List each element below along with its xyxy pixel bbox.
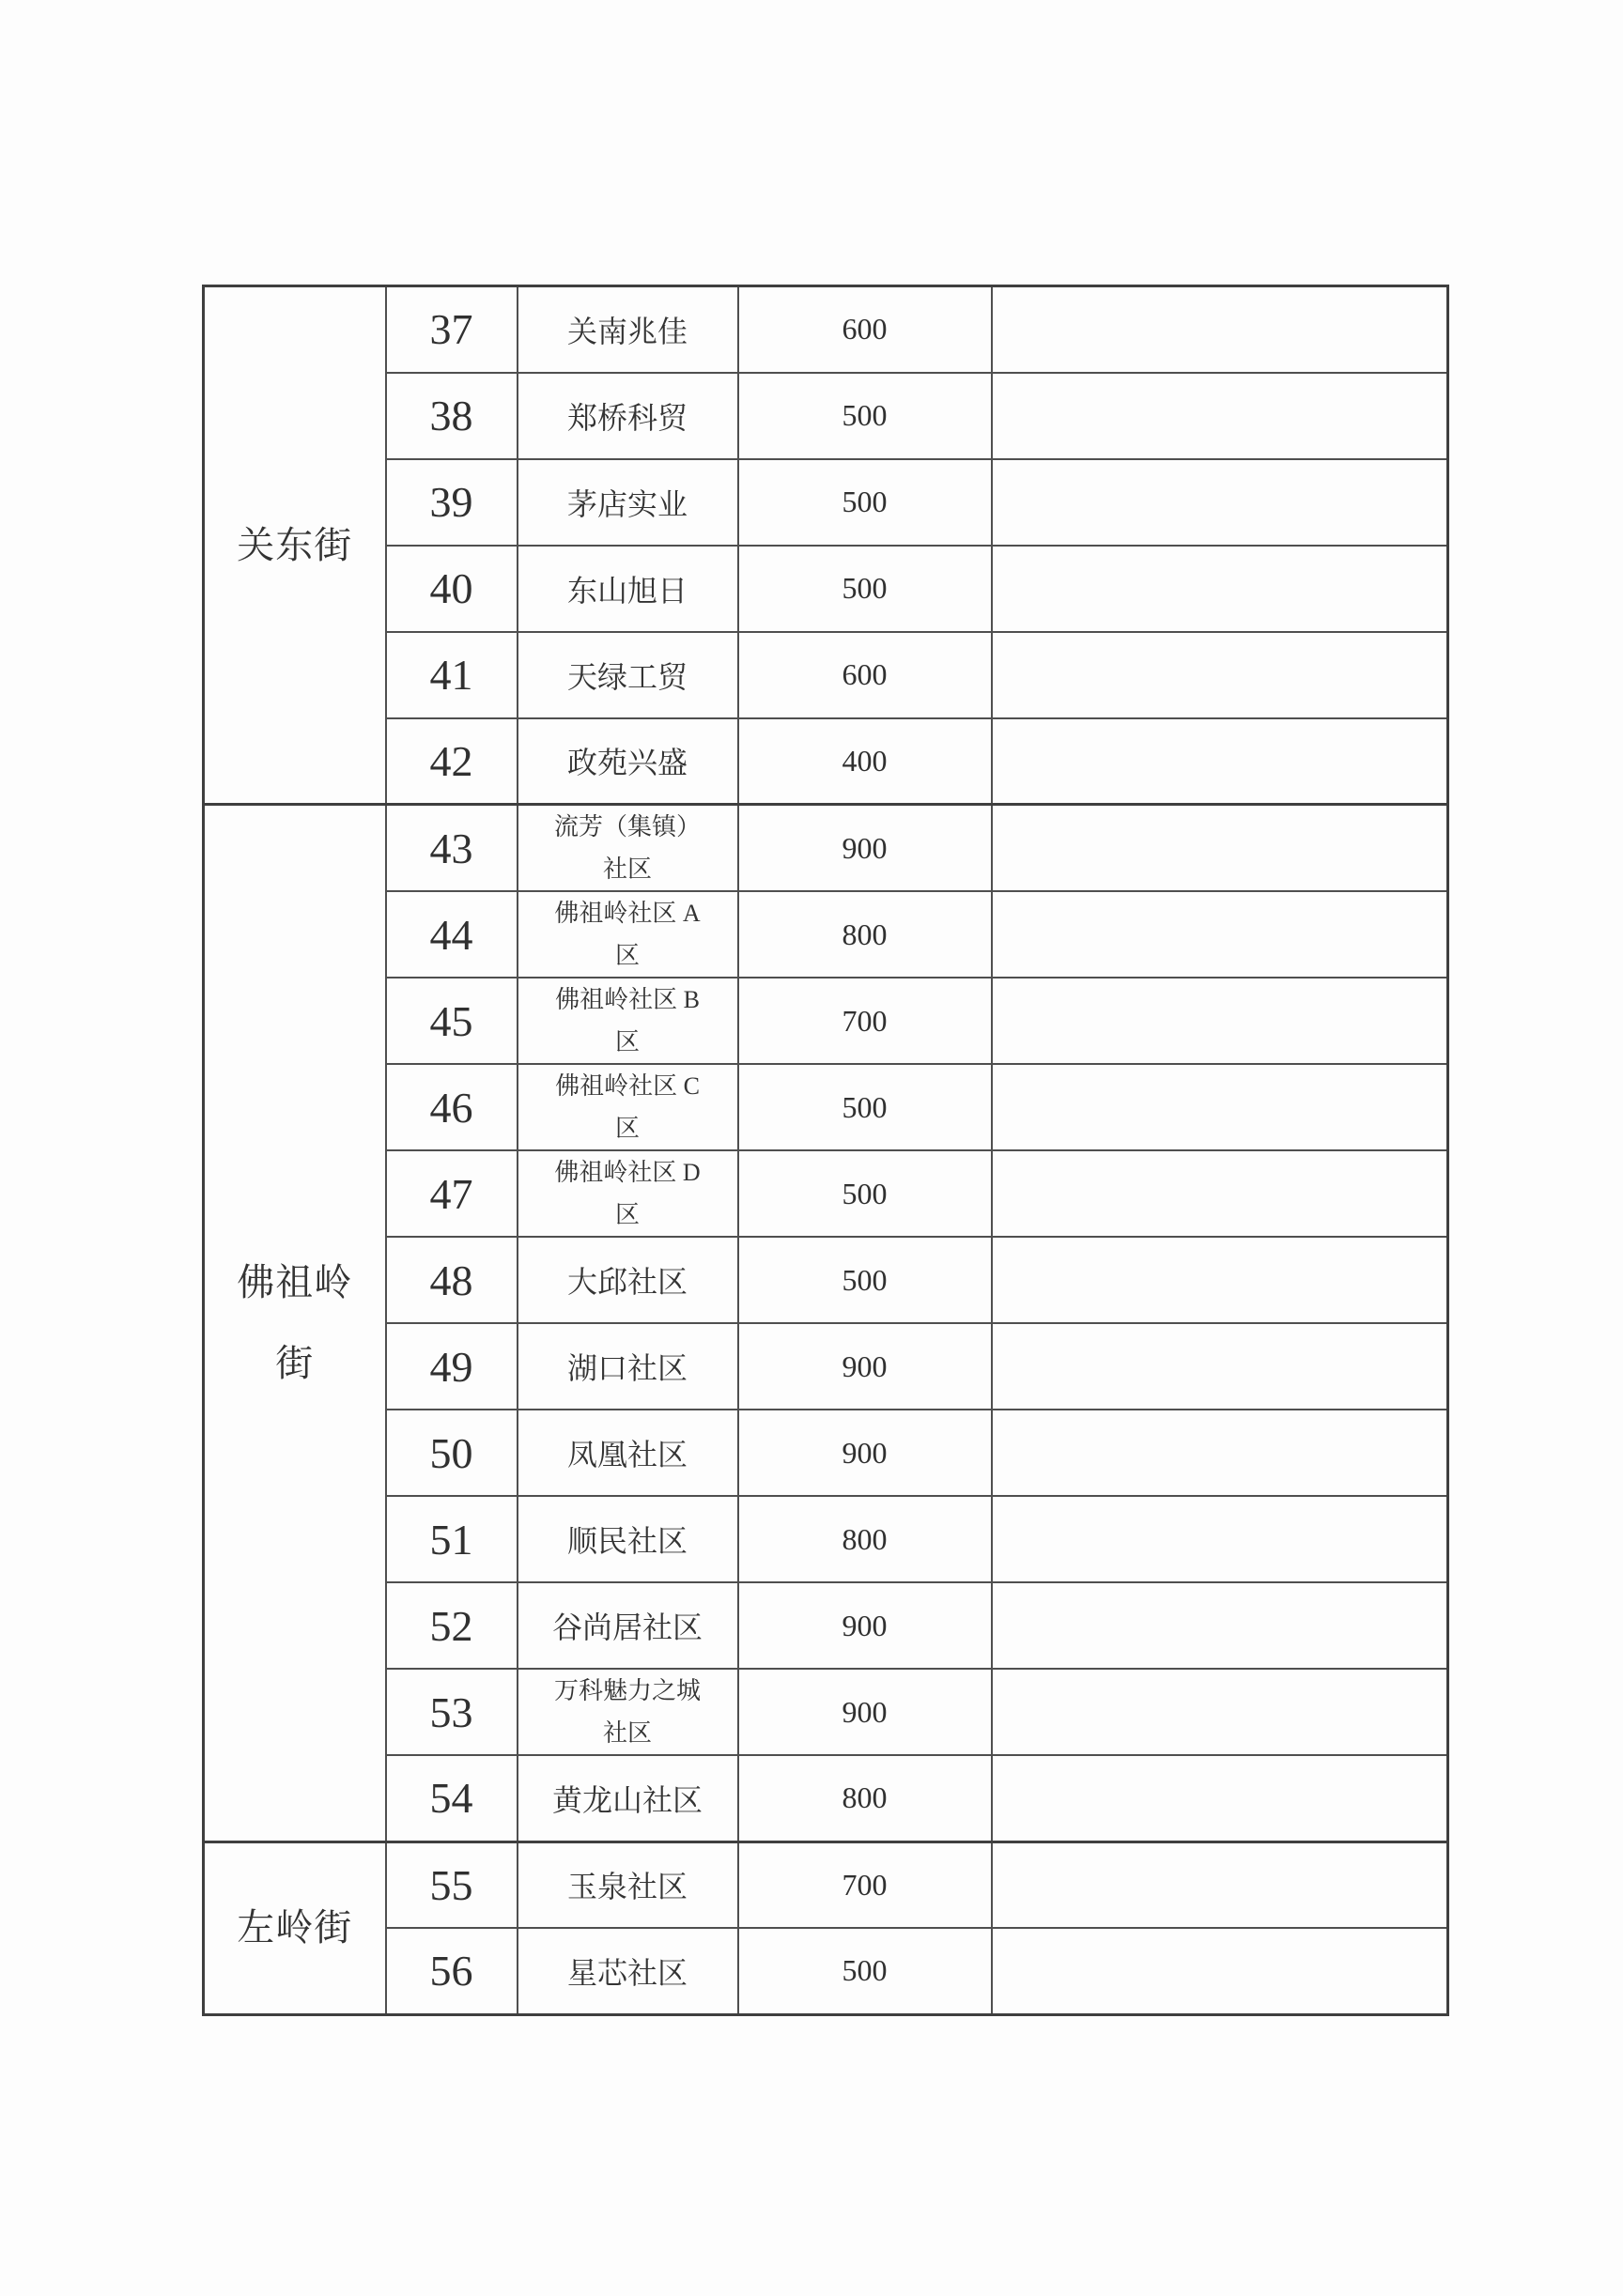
community-name-cell: 湖口社区	[518, 1323, 738, 1410]
amount-cell: 800	[738, 1496, 992, 1582]
row-number-cell: 38	[386, 373, 518, 459]
table-row: 49 湖口社区 900	[204, 1323, 1448, 1410]
note-cell	[992, 1064, 1448, 1150]
community-name-cell: 佛祖岭社区 C 区	[518, 1064, 738, 1150]
table-row: 45 佛祖岭社区 B 区 700	[204, 978, 1448, 1064]
amount-cell: 700	[738, 1841, 992, 1928]
row-number-cell: 53	[386, 1669, 518, 1755]
street-group-cell: 佛祖岭 街	[204, 805, 386, 1842]
amount-cell: 600	[738, 632, 992, 718]
note-cell	[992, 718, 1448, 805]
table-row: 52 谷尚居社区 900	[204, 1582, 1448, 1669]
community-name-cell: 东山旭日	[518, 546, 738, 632]
note-cell	[992, 1410, 1448, 1496]
note-cell	[992, 1496, 1448, 1582]
table-row: 50 凤凰社区 900	[204, 1410, 1448, 1496]
document-page: 关东街 37 关南兆佳 600 38 郑桥科贸 500 39 茅店实业 500 …	[0, 0, 1623, 2296]
note-cell	[992, 1150, 1448, 1237]
note-cell	[992, 1755, 1448, 1841]
community-name-cell: 流芳（集镇） 社区	[518, 805, 738, 892]
community-name-cell: 星芯社区	[518, 1928, 738, 2014]
amount-cell: 700	[738, 978, 992, 1064]
table-row: 47 佛祖岭社区 D 区 500	[204, 1150, 1448, 1237]
row-number-cell: 54	[386, 1755, 518, 1841]
row-number-cell: 47	[386, 1150, 518, 1237]
community-name-cell: 佛祖岭社区 A 区	[518, 891, 738, 978]
amount-cell: 500	[738, 1064, 992, 1150]
community-name-cell: 玉泉社区	[518, 1841, 738, 1928]
row-number-cell: 51	[386, 1496, 518, 1582]
table-row: 关东街 37 关南兆佳 600	[204, 286, 1448, 373]
community-name-cell: 郑桥科贸	[518, 373, 738, 459]
note-cell	[992, 1237, 1448, 1323]
amount-cell: 800	[738, 891, 992, 978]
table-row: 56 星芯社区 500	[204, 1928, 1448, 2014]
community-name-cell: 万科魅力之城 社区	[518, 1669, 738, 1755]
note-cell	[992, 459, 1448, 546]
community-name-cell: 佛祖岭社区 D 区	[518, 1150, 738, 1237]
amount-cell: 500	[738, 1237, 992, 1323]
amount-cell: 900	[738, 1323, 992, 1410]
amount-cell: 900	[738, 1669, 992, 1755]
amount-cell: 500	[738, 459, 992, 546]
row-number-cell: 45	[386, 978, 518, 1064]
row-number-cell: 37	[386, 286, 518, 373]
community-name-cell: 天绿工贸	[518, 632, 738, 718]
amount-cell: 900	[738, 1582, 992, 1669]
row-number-cell: 52	[386, 1582, 518, 1669]
row-number-cell: 44	[386, 891, 518, 978]
note-cell	[992, 805, 1448, 892]
community-name-cell: 凤凰社区	[518, 1410, 738, 1496]
row-number-cell: 41	[386, 632, 518, 718]
row-number-cell: 50	[386, 1410, 518, 1496]
row-number-cell: 49	[386, 1323, 518, 1410]
table-row: 佛祖岭 街 43 流芳（集镇） 社区 900	[204, 805, 1448, 892]
community-name-cell: 关南兆佳	[518, 286, 738, 373]
amount-cell: 900	[738, 1410, 992, 1496]
table-row: 40 东山旭日 500	[204, 546, 1448, 632]
allocation-table: 关东街 37 关南兆佳 600 38 郑桥科贸 500 39 茅店实业 500 …	[202, 285, 1449, 2016]
table-row: 54 黄龙山社区 800	[204, 1755, 1448, 1841]
note-cell	[992, 1669, 1448, 1755]
row-number-cell: 46	[386, 1064, 518, 1150]
amount-cell: 900	[738, 805, 992, 892]
community-name-cell: 黄龙山社区	[518, 1755, 738, 1841]
table-row: 左岭街 55 玉泉社区 700	[204, 1841, 1448, 1928]
table-row: 46 佛祖岭社区 C 区 500	[204, 1064, 1448, 1150]
row-number-cell: 56	[386, 1928, 518, 2014]
note-cell	[992, 546, 1448, 632]
community-name-cell: 大邱社区	[518, 1237, 738, 1323]
community-name-cell: 谷尚居社区	[518, 1582, 738, 1669]
table-row: 44 佛祖岭社区 A 区 800	[204, 891, 1448, 978]
row-number-cell: 42	[386, 718, 518, 805]
note-cell	[992, 286, 1448, 373]
amount-cell: 400	[738, 718, 992, 805]
note-cell	[992, 373, 1448, 459]
community-name-cell: 政苑兴盛	[518, 718, 738, 805]
community-name-cell: 顺民社区	[518, 1496, 738, 1582]
note-cell	[992, 891, 1448, 978]
row-number-cell: 39	[386, 459, 518, 546]
table-row: 38 郑桥科贸 500	[204, 373, 1448, 459]
table-row: 51 顺民社区 800	[204, 1496, 1448, 1582]
table-row: 39 茅店实业 500	[204, 459, 1448, 546]
amount-cell: 600	[738, 286, 992, 373]
row-number-cell: 48	[386, 1237, 518, 1323]
row-number-cell: 40	[386, 546, 518, 632]
amount-cell: 500	[738, 546, 992, 632]
amount-cell: 800	[738, 1755, 992, 1841]
table-row: 48 大邱社区 500	[204, 1237, 1448, 1323]
note-cell	[992, 1582, 1448, 1669]
amount-cell: 500	[738, 373, 992, 459]
amount-cell: 500	[738, 1150, 992, 1237]
note-cell	[992, 1323, 1448, 1410]
row-number-cell: 43	[386, 805, 518, 892]
street-group-cell: 关东街	[204, 286, 386, 805]
community-name-cell: 茅店实业	[518, 459, 738, 546]
note-cell	[992, 1928, 1448, 2014]
table-row: 53 万科魅力之城 社区 900	[204, 1669, 1448, 1755]
table-row: 41 天绿工贸 600	[204, 632, 1448, 718]
note-cell	[992, 1841, 1448, 1928]
table-row: 42 政苑兴盛 400	[204, 718, 1448, 805]
community-name-cell: 佛祖岭社区 B 区	[518, 978, 738, 1064]
street-group-cell: 左岭街	[204, 1841, 386, 2014]
row-number-cell: 55	[386, 1841, 518, 1928]
note-cell	[992, 978, 1448, 1064]
amount-cell: 500	[738, 1928, 992, 2014]
note-cell	[992, 632, 1448, 718]
